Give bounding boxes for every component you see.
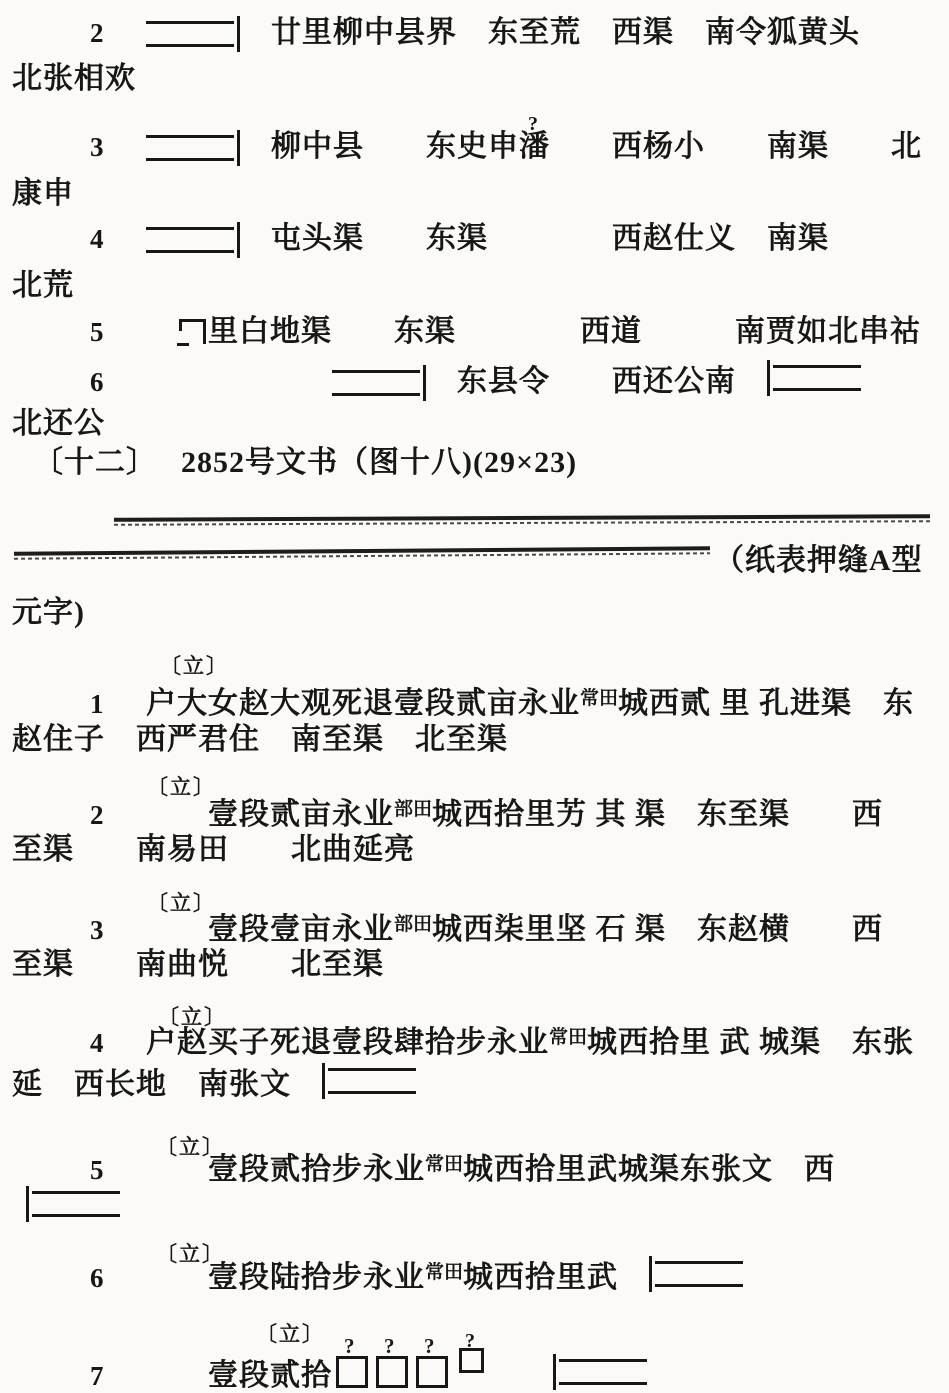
- question-mark: ?: [465, 1324, 475, 1358]
- line-content: 壹段壹亩永业部田城西柒里坚 石 渠 东赵横 西: [146, 913, 883, 946]
- doc2-item-7-annotation: 〔立〕: [256, 1317, 325, 1351]
- lacuna-box-open-right: [553, 1354, 647, 1390]
- line-content: 廿里柳中县界 东至荒 西渠 南令狐黄头: [146, 16, 860, 49]
- item-number: 7: [90, 1359, 146, 1393]
- doc2-item-5-line: 5 壹段贰拾步永业常田城西拾里武城渠东张文 西: [0, 1148, 835, 1187]
- question-mark: ?: [424, 1329, 435, 1363]
- lacuna-box-open-left: [146, 222, 240, 258]
- text-run: 东县令 西还公南: [426, 365, 767, 398]
- item-number: 5: [90, 1153, 146, 1187]
- item-number: 5: [90, 315, 146, 349]
- field-type-superscript: 常田: [549, 1027, 587, 1048]
- text-run: 壹段壹亩永业: [146, 913, 394, 946]
- doc1-item-2-continuation: 北张相欢: [0, 62, 136, 96]
- section-number-label: 〔十二〕: [33, 446, 157, 480]
- item-number: 6: [90, 365, 146, 399]
- item-number: 4: [90, 1026, 146, 1060]
- line-content: 壹段贰亩永业部田城西拾里艻 其 渠 东至渠 西: [146, 798, 883, 831]
- text-run: 城西贰 里 孔进渠 东: [618, 687, 914, 720]
- lacuna-box-open-left: [332, 365, 426, 401]
- doc1-item-4-line: 4 屯头渠 东渠 西赵仕义 南渠: [0, 222, 829, 258]
- line-content: 柳中县 东史申?潘 西杨小 南渠 北: [146, 130, 922, 163]
- scanned-document-page: 2 廿里柳中县界 东至荒 西渠 南令狐黄头 北张相欢 3 柳中县 东史申?潘 西…: [0, 0, 949, 1393]
- text-run: 城西拾里武: [463, 1261, 649, 1294]
- doc2-item-1-line: 1户大女赵大观死退壹段贰亩永业常田城西贰 里 孔进渠 东: [0, 682, 914, 721]
- doc2-item-5-continuation: [26, 1186, 120, 1225]
- doc1-item-3-continuation: 康申: [0, 177, 74, 211]
- lacuna-lines: [559, 1359, 647, 1385]
- text-run: 廿里柳中县界 东至荒 西渠 南令狐黄头: [240, 16, 860, 49]
- line-content: 东县令 西还公南: [146, 365, 861, 398]
- seam-rule-top: [114, 514, 930, 526]
- lacuna-lines: [146, 227, 234, 253]
- item-number: 3: [90, 913, 146, 947]
- text-run: 柳中县 东史申: [240, 130, 519, 163]
- lacuna-box-open-right: [649, 1256, 743, 1292]
- text-run: [146, 315, 177, 348]
- text-run: 壹段贰拾步永业: [146, 1153, 425, 1186]
- doc2-item-6-line: 6 壹段陆拾步永业常田城西拾里武: [0, 1256, 743, 1295]
- line-content: 壹段贰拾步永业常田城西拾里武城渠东张文 西: [146, 1153, 835, 1186]
- doc2-item-7-line: 7 壹段贰拾????: [0, 1348, 647, 1393]
- doc2-item-2-line: 2 壹段贰亩永业部田城西拾里艻 其 渠 东至渠 西: [0, 793, 883, 832]
- text-run: 户赵买子死退壹段肆拾步永业: [146, 1026, 549, 1059]
- question-mark: ?: [528, 107, 538, 141]
- tear-edge-bar: [649, 1256, 652, 1292]
- item-number: 6: [90, 1261, 146, 1295]
- doc1-item-4-continuation: 北荒: [0, 269, 74, 303]
- item-number: 2: [90, 798, 146, 832]
- text-run: 城西拾里 武 城渠 东张: [587, 1026, 914, 1059]
- doc1-item-3-line: 3 柳中县 东史申?潘 西杨小 南渠 北: [0, 130, 922, 166]
- doc2-item-4-continuation: 延 西长地 南张文: [0, 1063, 416, 1102]
- text-run: [491, 1359, 553, 1392]
- lacuna-box-open-left: [146, 16, 240, 52]
- text-run: 延 西长地 南张文: [12, 1068, 322, 1101]
- doc2-item-3-line: 3 壹段壹亩永业部田城西柒里坚 石 渠 东赵横 西: [0, 908, 883, 947]
- field-type-superscript: 常田: [425, 1154, 463, 1175]
- line-content: 屯头渠 东渠 西赵仕义 南渠: [146, 222, 829, 255]
- seam-note-line-1: （纸表押缝A型: [714, 544, 923, 578]
- lacuna-lines: [32, 1191, 120, 1217]
- doc1-item-6-continuation: 北还公: [0, 407, 105, 441]
- missing-char-box: ?: [416, 1356, 448, 1388]
- item-number: 1: [90, 687, 146, 721]
- field-type-superscript: 常田: [425, 1262, 463, 1283]
- line-content: 壹段陆拾步永业常田城西拾里武: [146, 1261, 743, 1294]
- line-content: 户赵买子死退壹段肆拾步永业常田城西拾里 武 城渠 东张: [146, 1026, 914, 1059]
- doc2-item-3-continuation: 至渠 南曲悦 北至渠: [0, 948, 384, 982]
- line-content: 壹段贰拾????: [146, 1359, 647, 1392]
- missing-char-box: ?: [336, 1356, 368, 1388]
- tear-edge-bar: [767, 360, 770, 396]
- doc1-item-5-line: 5 里白地渠 东渠 西道 南贾如北串祜: [0, 315, 921, 349]
- lacuna-lines: [328, 1068, 416, 1094]
- partial-box-left-tick: [179, 322, 182, 331]
- line-content: 里白地渠 东渠 西道 南贾如北串祜: [146, 315, 921, 348]
- lacuna-lines: [655, 1261, 743, 1287]
- question-mark: ?: [384, 1329, 395, 1363]
- lacuna-box-open-right: [322, 1063, 416, 1099]
- item-number: 3: [90, 130, 146, 164]
- lacuna-box-open-right: [26, 1186, 120, 1222]
- question-mark: ?: [344, 1329, 355, 1363]
- missing-char-box-small: ?: [459, 1348, 484, 1373]
- text-run: 城西拾里武城渠东张文 西: [463, 1153, 835, 1186]
- text-run: 壹段贰亩永业: [146, 798, 394, 831]
- doc1-item-6-line: 6 东县令 西还公南: [0, 360, 861, 401]
- lacuna-box-open-right: [767, 360, 861, 396]
- lacuna-lines: [146, 135, 234, 161]
- field-type-superscript: 部田: [394, 799, 432, 820]
- text-run: 城西柒里坚 石 渠 东赵横 西: [432, 913, 883, 946]
- doc2-item-1-annotation: 〔立〕: [160, 649, 229, 683]
- text-run: [146, 365, 332, 398]
- section-title: 2852号文书（图十八)(29×23): [181, 446, 577, 480]
- item-number: 2: [90, 16, 146, 50]
- lacuna-lines: [332, 370, 420, 396]
- missing-char-box: ?: [376, 1356, 408, 1388]
- doc1-item-2-line: 2 廿里柳中县界 东至荒 西渠 南令狐黄头: [0, 16, 860, 52]
- text-run: 西杨小 南渠 北: [550, 130, 922, 163]
- text-run: 户大女赵大观死退壹段贰亩永业: [146, 687, 580, 720]
- doc2-item-1-continuation: 赵住子 西严君住 南至渠 北至渠: [0, 723, 508, 757]
- text-run: 屯头渠 东渠 西赵仕义 南渠: [240, 222, 829, 255]
- partial-char-box: [179, 319, 206, 344]
- line-content: 户大女赵大观死退壹段贰亩永业常田城西贰 里 孔进渠 东: [146, 687, 914, 720]
- lacuna-lines: [146, 21, 234, 47]
- lacuna-box-open-left: [146, 130, 240, 166]
- doc2-item-4-line: 4户赵买子死退壹段肆拾步永业常田城西拾里 武 城渠 东张: [0, 1021, 914, 1060]
- field-type-superscript: 部田: [394, 914, 432, 935]
- section-header: 〔十二〕2852号文书（图十八)(29×23): [33, 446, 577, 480]
- text-run: 城西拾里艻 其 渠 东至渠 西: [432, 798, 883, 831]
- seam-rule-bottom: [14, 546, 710, 559]
- lacuna-lines: [773, 365, 861, 391]
- tear-edge-bar: [322, 1063, 325, 1099]
- partial-box-bottom-corner: [177, 343, 189, 346]
- text-run: 里白地渠 东渠 西道 南贾如北串祜: [208, 315, 921, 348]
- text-run: 壹段陆拾步永业: [146, 1261, 425, 1294]
- seam-note-line-2: 元字): [12, 596, 85, 630]
- uncertain-char: ?潘: [519, 130, 550, 164]
- tear-edge-bar: [26, 1186, 29, 1222]
- text-run: 壹段贰拾: [146, 1359, 332, 1392]
- tear-edge-bar: [553, 1354, 556, 1390]
- item-number: 4: [90, 222, 146, 256]
- field-type-superscript: 常田: [580, 688, 618, 709]
- doc2-item-2-continuation: 至渠 南易田 北曲延亮: [0, 833, 415, 867]
